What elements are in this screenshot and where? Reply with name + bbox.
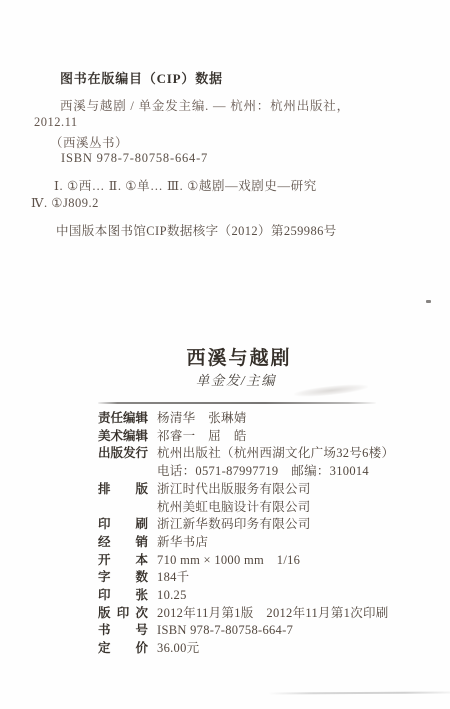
colophon-row-value: 184千 (157, 569, 189, 587)
colophon-row-value: 杨清华 张琳婧 (157, 410, 247, 428)
book-byline: 单金发/主编 (0, 369, 450, 389)
colophon-row: 杭州美虹电脑设计有限公司 (98, 499, 428, 517)
colophon-table: 责任编辑 杨清华 张琳婧 美术编辑 祁睿一 屈 皓 出版发行 杭州出版社（杭州西… (98, 410, 428, 658)
colophon-row: 版 印 次 2012年11月第1版 2012年11月第1次印刷 (98, 605, 428, 623)
colophon-row-value: 36.00元 (157, 640, 199, 658)
colophon-row-value: 祁睿一 屈 皓 (157, 428, 247, 446)
colophon-row-label (98, 463, 148, 481)
colophon-row-label: 出版发行 (98, 445, 148, 463)
cip-record-number: 中国版本图书馆CIP数据核字（2012）第259986号 (56, 221, 337, 239)
cip-entry-line-1: 西溪与越剧 / 单金发主编. — 杭州：杭州出版社， (60, 96, 350, 114)
colophon-row-value: 新华书店 (157, 534, 208, 552)
colophon-row-value: ISBN 978-7-80758-664-7 (157, 622, 293, 640)
colophon-row-value: 杭州美虹电脑设计有限公司 (157, 499, 311, 517)
colophon-row-label (98, 499, 148, 517)
colophon-row: 出版发行 杭州出版社（杭州西湖文化广场32号6楼） (98, 445, 428, 463)
book-title: 西溪与越剧 (0, 343, 450, 370)
colophon-row-value: 2012年11月第1版 2012年11月第1次印刷 (157, 605, 389, 623)
colophon-row: 经 销 新华书店 (98, 534, 428, 552)
colophon-row: 责任编辑 杨清华 张琳婧 (98, 410, 428, 428)
colophon-row: 印 张 10.25 (98, 587, 428, 605)
colophon-row: 字 数 184千 (98, 569, 428, 587)
scan-bottom-edge-artifact (268, 692, 450, 695)
colophon-row: 定 价 36.00元 (98, 640, 428, 658)
colophon-row: 排 版 浙江时代出版服务有限公司 (98, 481, 428, 499)
copyright-page: 图书在版编目（CIP）数据 西溪与越剧 / 单金发主编. — 杭州：杭州出版社，… (0, 0, 450, 709)
cip-series-name: （西溪丛书） (50, 133, 128, 151)
colophon-row: 电话：0571-87997719 邮编：310014 (98, 463, 428, 481)
colophon-row-value: 710 mm × 1000 mm 1/16 (157, 552, 300, 570)
colophon-row-label: 经 销 (98, 534, 148, 552)
colophon-row-value: 10.25 (157, 587, 187, 605)
colophon-row-label: 排 版 (98, 481, 148, 499)
colophon-row-label: 责任编辑 (98, 410, 148, 428)
colophon-row-value: 杭州出版社（杭州西湖文化广场32号6楼） (157, 445, 394, 463)
cip-entry-line-2: 2012.11 (34, 115, 78, 130)
cip-classification-line-2: Ⅳ. ①J809.2 (31, 195, 99, 211)
colophon-row-label: 版 印 次 (98, 605, 148, 623)
colophon-row-value: 电话：0571-87997719 邮编：310014 (157, 463, 369, 481)
colophon-row: 开 本 710 mm × 1000 mm 1/16 (98, 552, 428, 570)
colophon-row: 书 号 ISBN 978-7-80758-664-7 (98, 622, 428, 640)
scan-speck-artifact (426, 300, 431, 303)
colophon-row-label: 书 号 (98, 622, 148, 640)
colophon-row-label: 印 刷 (98, 516, 148, 534)
cip-classification-line-1: Ⅰ. ①西… Ⅱ. ①单… Ⅲ. ①越剧—戏剧史—研究 (54, 176, 317, 194)
colophon-row-label: 字 数 (98, 569, 148, 587)
colophon-row-value: 浙江新华数码印务有限公司 (157, 516, 311, 534)
colophon-row-value: 浙江时代出版服务有限公司 (157, 481, 311, 499)
colophon-divider-rule (98, 402, 376, 404)
cip-heading: 图书在版编目（CIP）数据 (60, 68, 223, 87)
colophon-row: 印 刷 浙江新华数码印务有限公司 (98, 516, 428, 534)
colophon-row: 美术编辑 祁睿一 屈 皓 (98, 428, 428, 446)
colophon-row-label: 美术编辑 (98, 428, 148, 446)
cip-isbn: ISBN 978-7-80758-664-7 (61, 151, 208, 166)
colophon-row-label: 印 张 (98, 587, 148, 605)
colophon-row-label: 定 价 (98, 640, 148, 658)
colophon-row-label: 开 本 (98, 552, 148, 570)
